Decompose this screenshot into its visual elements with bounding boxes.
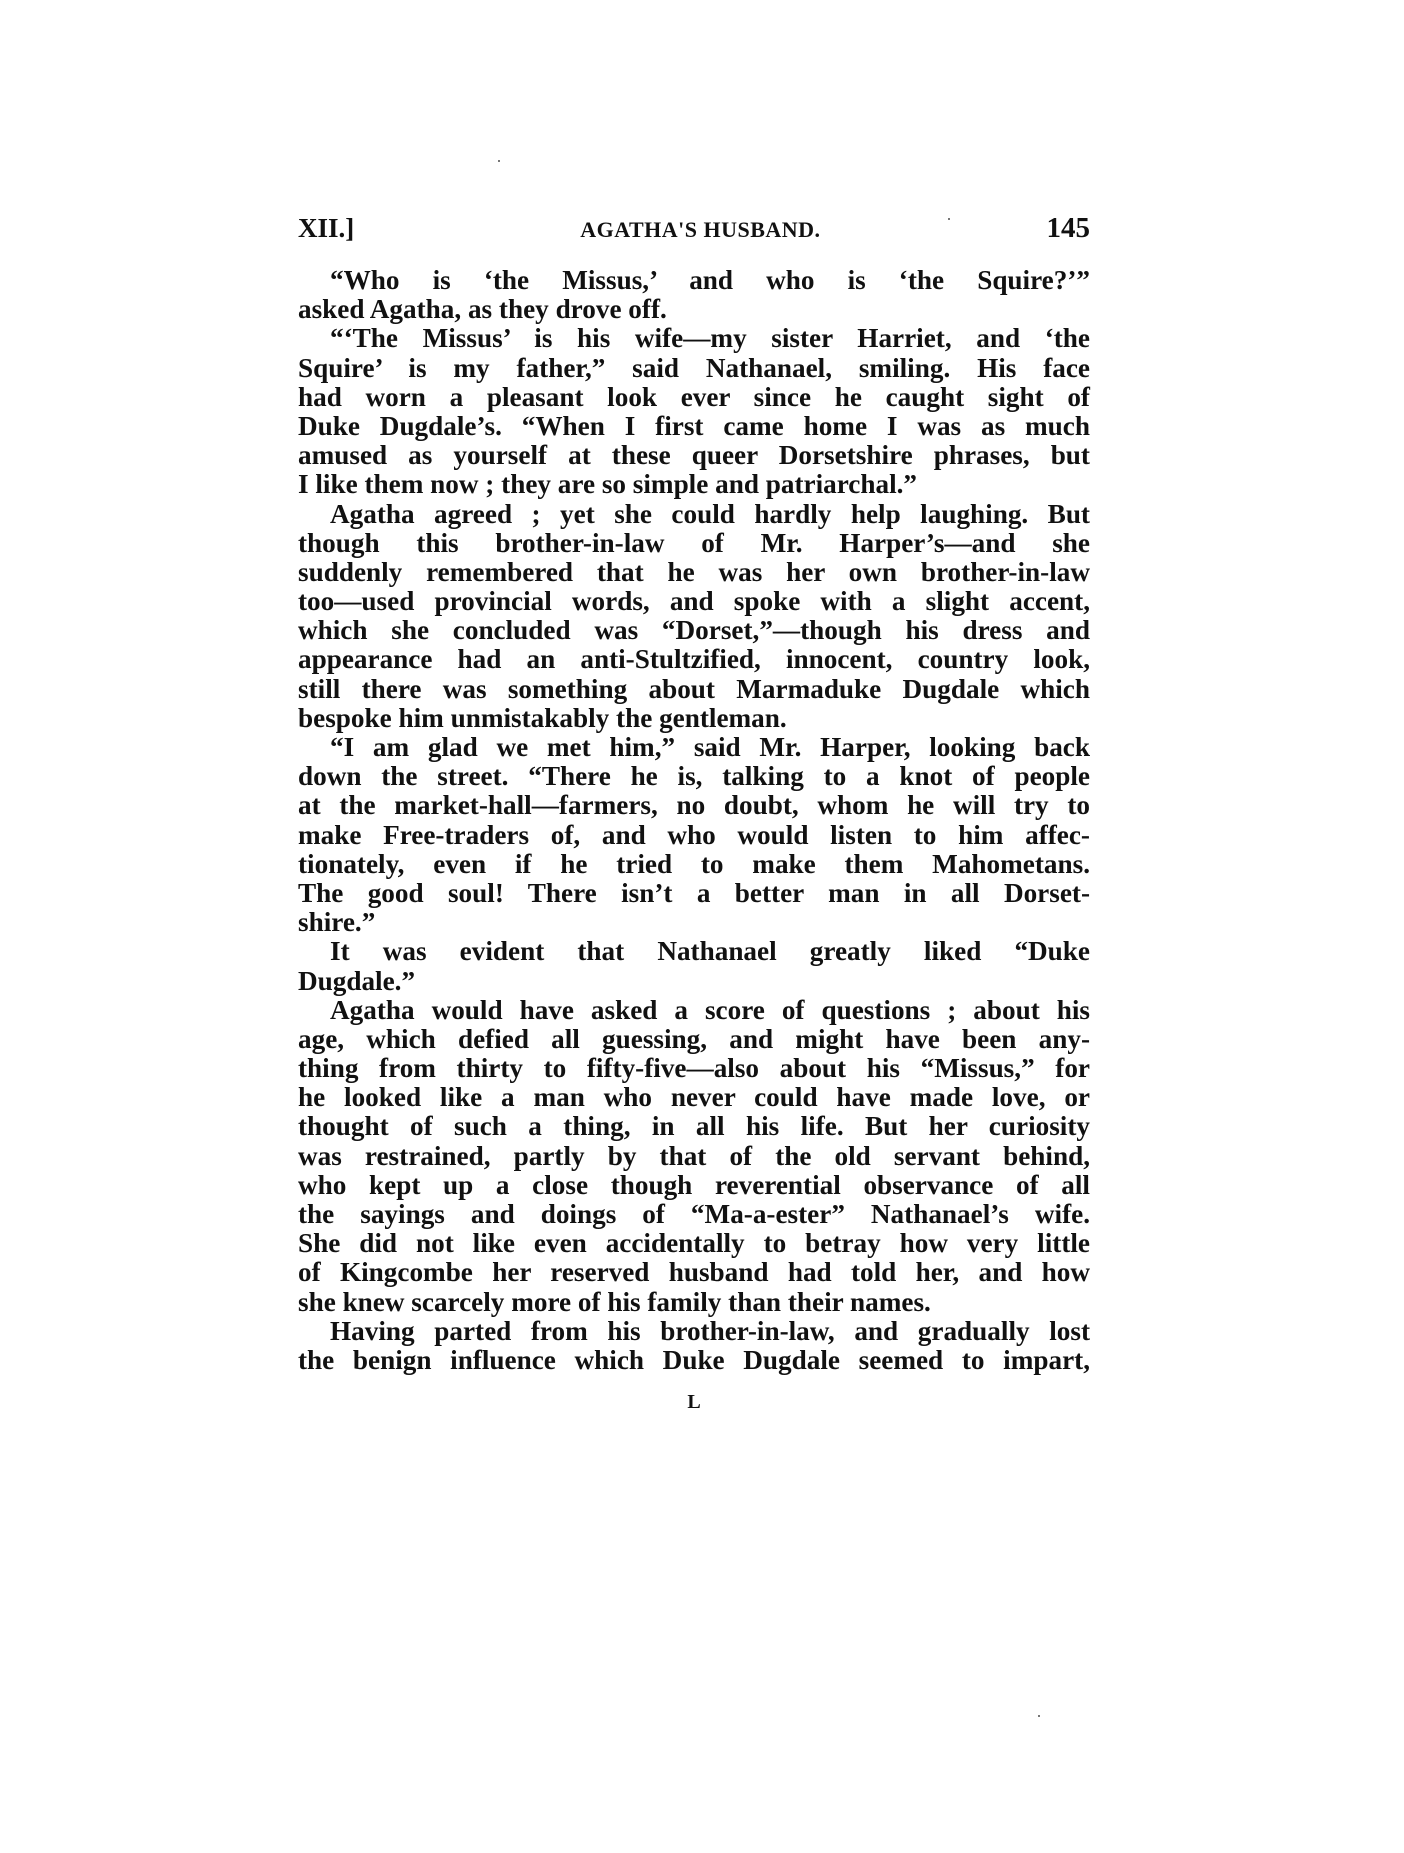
text-line: Dugdale.” [298,967,1090,996]
text-line: Agatha agreed ; yet she could hardly hel… [298,500,1090,529]
running-head: XII.] AGATHA'S HUSBAND. 145 [298,212,1090,252]
text-line: had worn a pleasant look ever since he c… [298,383,1090,412]
page-number: 145 [1047,212,1091,245]
text-line: was restrained, partly by that of the ol… [298,1142,1090,1171]
scan-speck [948,218,950,220]
text-line: It was evident that Nathanael greatly li… [298,937,1090,966]
text-line: down the street. “There he is, talking t… [298,762,1090,791]
book-page: XII.] AGATHA'S HUSBAND. 145 “Who is ‘the… [298,212,1090,1414]
scan-speck [498,160,500,162]
chapter-number: XII.] [298,213,354,244]
text-line: The good soul! There isn’t a better man … [298,879,1090,908]
text-line: “Who is ‘the Missus,’ and who is ‘the Sq… [298,266,1090,295]
text-line: She did not like even accidentally to be… [298,1229,1090,1258]
running-title: AGATHA'S HUSBAND. [580,217,820,243]
text-line: appearance had an anti-Stultzified, inno… [298,645,1090,674]
text-line: “I am glad we met him,” said Mr. Harper,… [298,733,1090,762]
text-line: at the market-hall—farmers, no doubt, wh… [298,791,1090,820]
text-line: though this brother-in-law of Mr. Harper… [298,529,1090,558]
text-line: suddenly remembered that he was her own … [298,558,1090,587]
text-line: Duke Dugdale’s. “When I first came home … [298,412,1090,441]
text-line: make Free-traders of, and who would list… [298,821,1090,850]
text-line: bespoke him unmistakably the gentleman. [298,704,1090,733]
scan-speck [1038,1715,1040,1717]
text-line: tionately, even if he tried to make them… [298,850,1090,879]
text-line: the benign influence which Duke Dugdale … [298,1346,1090,1375]
text-line: the sayings and doings of “Ma-a-ester” N… [298,1200,1090,1229]
text-line: shire.” [298,908,1090,937]
text-line: thought of such a thing, in all his life… [298,1112,1090,1141]
text-line: Having parted from his brother-in-law, a… [298,1317,1090,1346]
text-line: too—used provincial words, and spoke wit… [298,587,1090,616]
text-line: I like them now ; they are so simple and… [298,470,1090,499]
text-line: which she concluded was “Dorset,”—though… [298,616,1090,645]
text-line: Squire’ is my father,” said Nathanael, s… [298,354,1090,383]
text-line: of Kingcombe her reserved husband had to… [298,1258,1090,1287]
text-line: “‘The Missus’ is his wife—my sister Harr… [298,324,1090,353]
text-line: she knew scarcely more of his family tha… [298,1288,1090,1317]
text-line: asked Agatha, as they drove off. [298,295,1090,324]
text-line: he looked like a man who never could hav… [298,1083,1090,1112]
text-line: still there was something about Marmaduk… [298,675,1090,704]
text-line: thing from thirty to fifty-five—also abo… [298,1054,1090,1083]
signature-mark: L [298,1391,1090,1414]
body-text: “Who is ‘the Missus,’ and who is ‘the Sq… [298,266,1090,1375]
text-line: age, which defied all guessing, and migh… [298,1025,1090,1054]
text-line: who kept up a close though reverential o… [298,1171,1090,1200]
text-line: Agatha would have asked a score of quest… [298,996,1090,1025]
text-line: amused as yourself at these queer Dorset… [298,441,1090,470]
